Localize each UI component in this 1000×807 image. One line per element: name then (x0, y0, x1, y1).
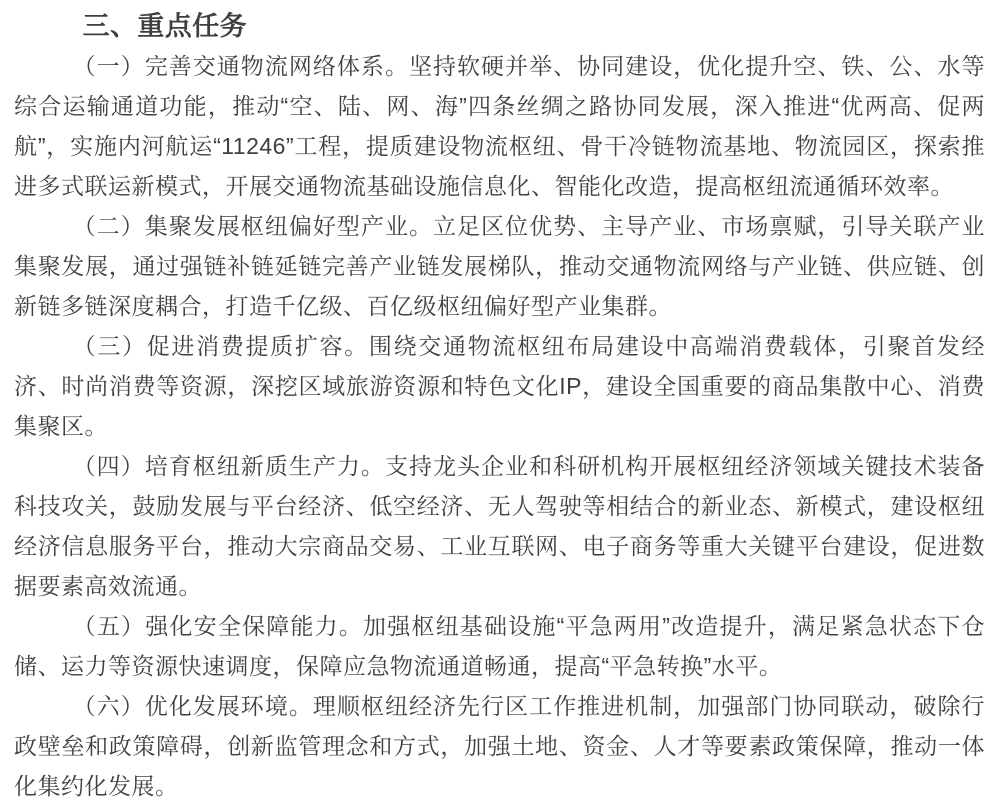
paragraph-1: （一）完善交通物流网络体系。坚持软硬并举、协同建设，优化提升空、铁、公、水等综合… (14, 46, 985, 206)
document-body: （一）完善交通物流网络体系。坚持软硬并举、协同建设，优化提升空、铁、公、水等综合… (14, 46, 985, 806)
paragraph-4: （四）培育枢纽新质生产力。支持龙头企业和科研机构开展枢纽经济领域关键技术装备科技… (14, 446, 985, 606)
paragraph-5: （五）强化安全保障能力。加强枢纽基础设施“平急两用”改造提升，满足紧急状态下仓储… (14, 606, 985, 686)
document-page: 三、重点任务 （一）完善交通物流网络体系。坚持软硬并举、协同建设，优化提升空、铁… (0, 0, 1000, 806)
paragraph-3: （三）促进消费提质扩容。围绕交通物流枢纽布局建设中高端消费载体，引聚首发经济、时… (14, 326, 985, 446)
section-heading: 三、重点任务 (14, 6, 985, 46)
paragraph-2: （二）集聚发展枢纽偏好型产业。立足区位优势、主导产业、市场禀赋，引导关联产业集聚… (14, 206, 985, 326)
paragraph-6: （六）优化发展环境。理顺枢纽经济先行区工作推进机制，加强部门协同联动，破除行政壁… (14, 686, 985, 806)
